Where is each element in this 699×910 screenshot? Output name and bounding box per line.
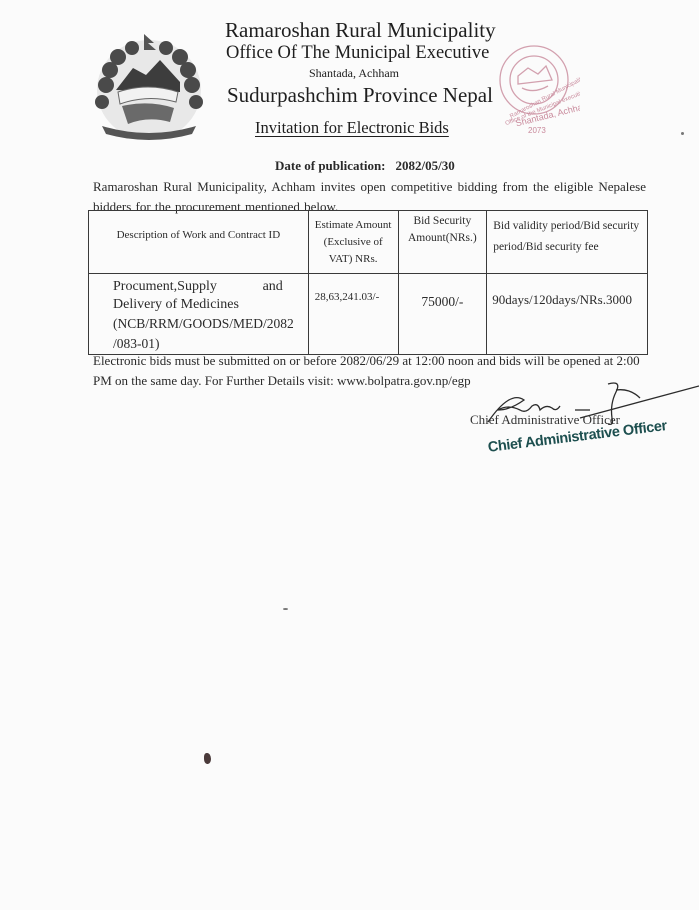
description-text: Procument,Supply bbox=[113, 278, 217, 296]
scan-mark bbox=[283, 608, 288, 610]
header-line: VAT) NRs. bbox=[309, 251, 398, 268]
municipality-seal-icon: Ramaroshan Rural Municipality Office of … bbox=[488, 36, 580, 136]
header-validity: Bid validity period/Bid security period/… bbox=[487, 211, 648, 274]
header-line: Bid Security bbox=[399, 213, 487, 230]
scan-mark bbox=[681, 132, 684, 135]
province-name: Sudurpashchim Province Nepal bbox=[227, 83, 493, 108]
header-line: period/Bid security fee bbox=[493, 237, 647, 258]
svg-text:2073: 2073 bbox=[528, 126, 546, 135]
header-line: Bid validity period/Bid security bbox=[493, 216, 647, 237]
publication-date: Date of publication:2082/05/30 bbox=[275, 158, 455, 174]
office-location: Shantada, Achham bbox=[309, 66, 399, 81]
publication-date-value: 2082/05/30 bbox=[396, 158, 455, 173]
header-estimate-amount: Estimate Amount (Exclusive of VAT) NRs. bbox=[308, 211, 398, 274]
header-line: (Exclusive of bbox=[309, 234, 398, 251]
cell-validity: 90days/120days/NRs.3000 bbox=[487, 274, 648, 355]
description-text: Delivery of Medicines bbox=[113, 296, 308, 314]
municipality-name: Ramaroshan Rural Municipality bbox=[225, 18, 496, 43]
cell-bid-security: 75000/- bbox=[398, 274, 487, 355]
notice-title: Invitation for Electronic Bids bbox=[255, 118, 449, 138]
scan-mark bbox=[204, 753, 211, 764]
table-header-row: Description of Work and Contract ID Esti… bbox=[89, 211, 648, 274]
table-row: Procument,Supply and Delivery of Medicin… bbox=[89, 274, 648, 355]
header-description: Description of Work and Contract ID bbox=[89, 211, 309, 274]
header-line: Estimate Amount bbox=[309, 217, 398, 234]
cell-estimate-amount: 28,63,241.03/- bbox=[308, 274, 398, 355]
contract-id: (NCB/RRM/GOODS/MED/2082 bbox=[113, 314, 308, 334]
nepal-emblem-icon bbox=[88, 30, 210, 145]
description-text: and bbox=[263, 278, 283, 296]
publication-date-label: Date of publication: bbox=[275, 158, 386, 173]
bids-table: Description of Work and Contract ID Esti… bbox=[88, 210, 648, 355]
header-bid-security: Bid Security Amount(NRs.) bbox=[398, 211, 487, 274]
header-line: Amount(NRs.) bbox=[399, 230, 487, 247]
office-name: Office Of The Municipal Executive bbox=[226, 43, 489, 64]
cell-description: Procument,Supply and Delivery of Medicin… bbox=[89, 274, 309, 355]
